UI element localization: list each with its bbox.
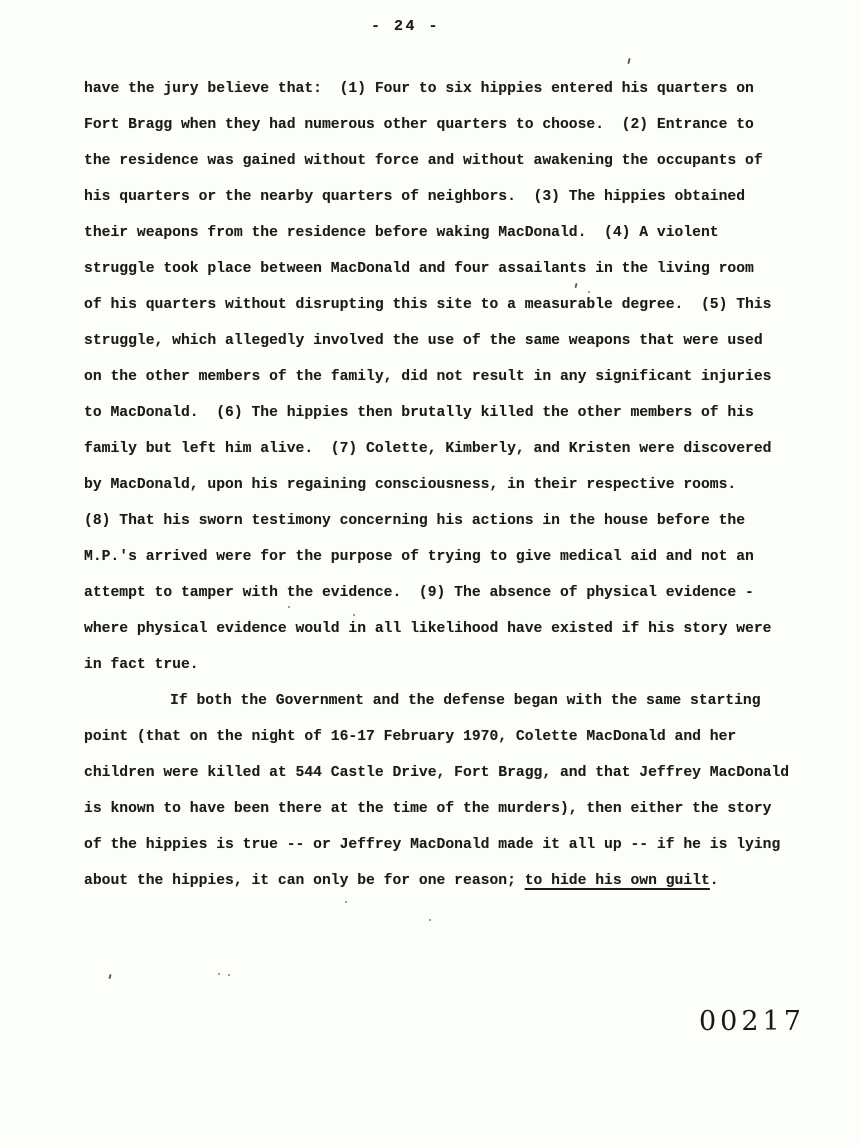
closing-line-pre: about the hippies, it can only be for on… bbox=[84, 873, 525, 889]
text-line: on the other members of the family, did … bbox=[84, 359, 804, 395]
text-line: his quarters or the nearby quarters of n… bbox=[84, 179, 804, 215]
text-line: Fort Bragg when they had numerous other … bbox=[84, 107, 804, 143]
closing-line-post: . bbox=[710, 873, 719, 889]
scanned-document-page: - 24 - have the jury believe that: (1) F… bbox=[0, 0, 860, 1146]
text-line: family but left him alive. (7) Colette, … bbox=[84, 431, 804, 467]
underlined-phrase: to hide his own guilt bbox=[525, 873, 710, 889]
text-line: is known to have been there at the time … bbox=[84, 791, 804, 827]
document-body: have the jury believe that: (1) Four to … bbox=[84, 71, 804, 899]
text-line: of his quarters without disrupting this … bbox=[84, 287, 804, 323]
scan-speck bbox=[108, 974, 111, 979]
scan-speck bbox=[228, 974, 230, 976]
text-line: to MacDonald. (6) The hippies then bruta… bbox=[84, 395, 804, 431]
scan-speck bbox=[627, 58, 630, 64]
page-number: - 24 - bbox=[371, 18, 440, 35]
text-line: of the hippies is true -- or Jeffrey Mac… bbox=[84, 827, 804, 863]
text-line: (8) That his sworn testimony concerning … bbox=[84, 503, 804, 539]
text-line: where physical evidence would in all lik… bbox=[84, 611, 804, 647]
closing-line: about the hippies, it can only be for on… bbox=[84, 863, 804, 899]
text-line: struggle took place between MacDonald an… bbox=[84, 251, 804, 287]
scan-speck bbox=[218, 973, 220, 975]
text-line: the residence was gained without force a… bbox=[84, 143, 804, 179]
scan-speck bbox=[353, 614, 355, 616]
bates-stamp-number: 00217 bbox=[699, 1006, 805, 1037]
text-line: attempt to tamper with the evidence. (9)… bbox=[84, 575, 804, 611]
text-line: struggle, which allegedly involved the u… bbox=[84, 323, 804, 359]
text-line: in fact true. bbox=[84, 647, 804, 683]
text-line: by MacDonald, upon his regaining conscio… bbox=[84, 467, 804, 503]
text-line: point (that on the night of 16-17 Februa… bbox=[84, 719, 804, 755]
text-line: their weapons from the residence before … bbox=[84, 215, 804, 251]
scan-speck bbox=[588, 291, 590, 293]
text-line: children were killed at 544 Castle Drive… bbox=[84, 755, 804, 791]
scan-speck bbox=[288, 606, 290, 608]
scan-speck bbox=[345, 901, 347, 903]
text-line: have the jury believe that: (1) Four to … bbox=[84, 71, 804, 107]
scan-speck bbox=[429, 919, 431, 921]
text-line: M.P.'s arrived were for the purpose of t… bbox=[84, 539, 804, 575]
paragraph-start-line: If both the Government and the defense b… bbox=[84, 683, 804, 719]
